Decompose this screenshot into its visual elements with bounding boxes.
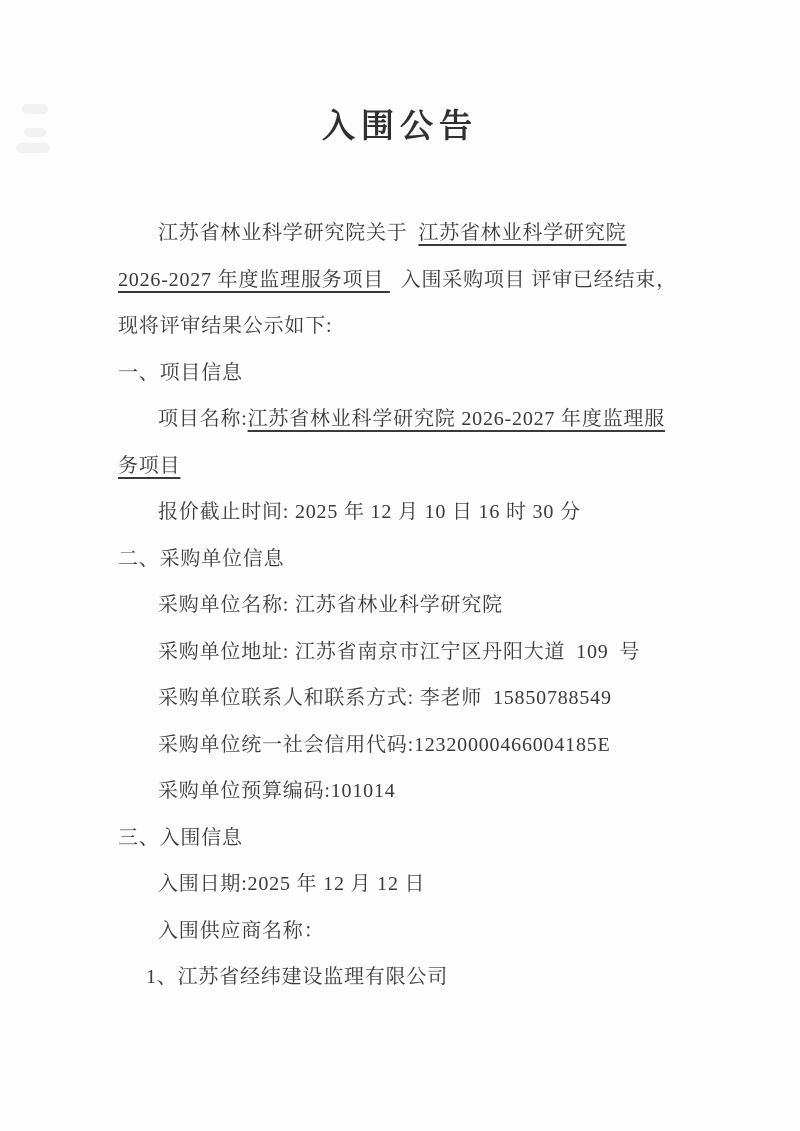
intro-line-2-text: 入围采购项目 评审已经结束，: [390, 269, 677, 291]
scan-artifact: [16, 143, 50, 153]
intro-line-2: 2026-2027 年度监理服务项目 入围采购项目 评审已经结束，: [118, 257, 710, 304]
project-name-value-part-1: 江苏省林业科学研究院 2026-2027 年度监理服: [248, 408, 665, 430]
purchaser-name-line: 采购单位名称: 江苏省林业科学研究院: [118, 582, 710, 629]
quote-deadline-text: 报价截止时间: 2025 年 12 月 10 日 16 时 30 分: [158, 501, 581, 523]
project-name-continuation-line: 务项目: [118, 443, 710, 490]
purchaser-address-line: 采购单位地址: 江苏省南京市江宁区丹阳大道 109 号: [118, 629, 710, 676]
purchaser-credit-code-line: 采购单位统一社会信用代码:12320000466004185E: [118, 722, 710, 769]
shortlist-date-line: 入围日期:2025 年 12 月 12 日: [118, 861, 710, 908]
shortlist-supplier-1-text: 1、江苏省经纬建设监理有限公司: [146, 966, 448, 988]
document-title: 入围公告: [0, 0, 800, 148]
scanned-document-page: 入围公告 江苏省林业科学研究院关于 江苏省林业科学研究院 2026-2027 年…: [0, 0, 800, 1131]
section-3-heading-text: 三、入围信息: [118, 827, 243, 849]
project-name-value-part-2: 务项目: [118, 455, 180, 477]
intro-line-3: 现将评审结果公示如下:: [118, 303, 710, 350]
section-1-heading: 一、项目信息: [118, 350, 710, 397]
purchaser-name-text: 采购单位名称: 江苏省林业科学研究院: [158, 594, 503, 616]
shortlist-supplier-label-text: 入围供应商名称：: [158, 920, 324, 942]
quote-deadline-line: 报价截止时间: 2025 年 12 月 10 日 16 时 30 分: [118, 489, 710, 536]
intro-underlined-project-name-part-1: 江苏省林业科学研究院: [418, 222, 626, 244]
section-3-heading: 三、入围信息: [118, 815, 710, 862]
purchaser-budget-code-line: 采购单位预算编码:101014: [118, 768, 710, 815]
purchaser-contact-line: 采购单位联系人和联系方式: 李老师 15850788549: [118, 675, 710, 722]
scan-artifact: [22, 104, 48, 114]
intro-line-3-text: 现将评审结果公示如下:: [118, 315, 332, 337]
project-name-line: 项目名称:江苏省林业科学研究院 2026-2027 年度监理服: [118, 396, 710, 443]
intro-underlined-project-name-part-2: 2026-2027 年度监理服务项目: [118, 269, 390, 291]
shortlist-supplier-label-line: 入围供应商名称：: [118, 908, 710, 955]
purchaser-address-text: 采购单位地址: 江苏省南京市江宁区丹阳大道 109 号: [158, 641, 640, 663]
project-name-label: 项目名称:: [158, 408, 248, 430]
section-2-heading: 二、采购单位信息: [118, 536, 710, 583]
shortlist-supplier-item: 1、江苏省经纬建设监理有限公司: [118, 954, 710, 1001]
scan-artifact: [24, 128, 46, 137]
purchaser-contact-text: 采购单位联系人和联系方式: 李老师 15850788549: [158, 687, 612, 709]
purchaser-budget-code-text: 采购单位预算编码:101014: [158, 780, 396, 802]
section-1-heading-text: 一、项目信息: [118, 362, 243, 384]
document-body: 江苏省林业科学研究院关于 江苏省林业科学研究院 2026-2027 年度监理服务…: [118, 210, 710, 1001]
intro-line-1: 江苏省林业科学研究院关于 江苏省林业科学研究院: [118, 210, 710, 257]
section-2-heading-text: 二、采购单位信息: [118, 548, 284, 570]
intro-line-1-text: 江苏省林业科学研究院关于: [158, 222, 418, 244]
shortlist-date-text: 入围日期:2025 年 12 月 12 日: [158, 873, 425, 895]
purchaser-credit-code-text: 采购单位统一社会信用代码:12320000466004185E: [158, 734, 611, 756]
